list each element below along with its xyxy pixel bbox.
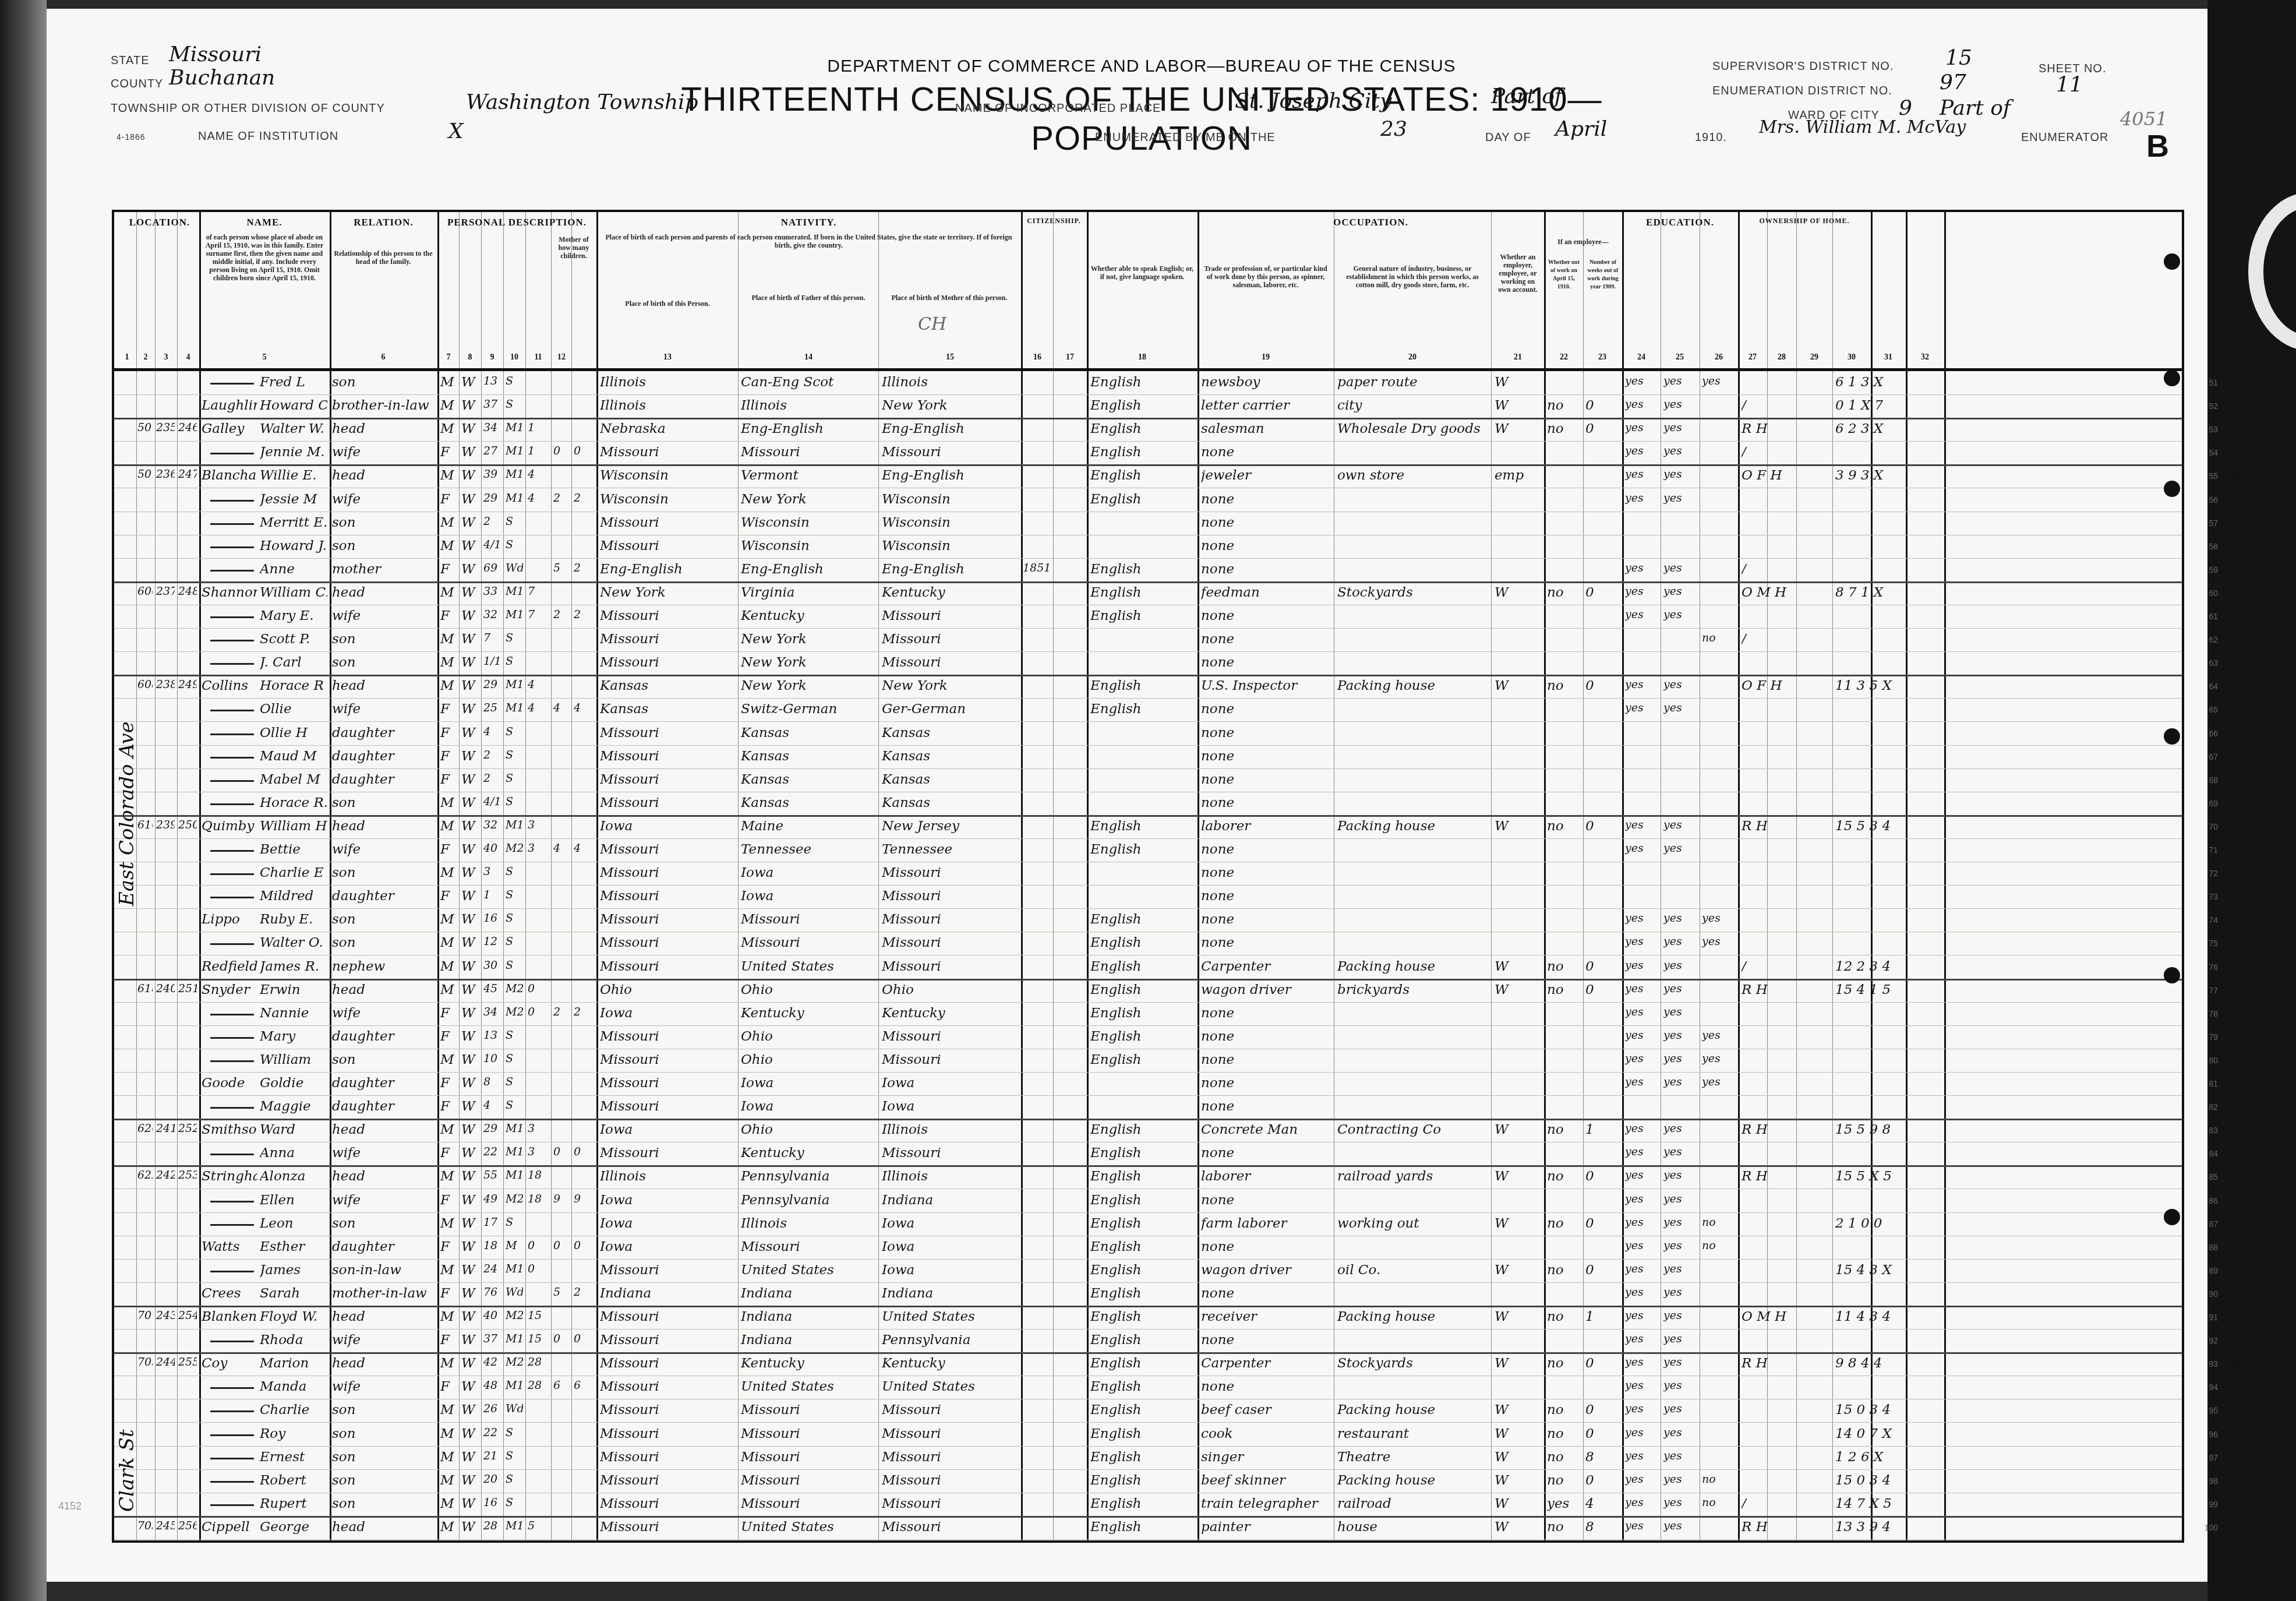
cell-marital: M2 — [506, 982, 523, 995]
cell-father-birth: Missouri — [741, 935, 876, 950]
cell-father-birth: Indiana — [741, 1309, 876, 1324]
cell-birth: Iowa — [600, 1006, 736, 1021]
cell-born: 4 — [553, 842, 569, 855]
line-number: 72 — [2209, 869, 2218, 878]
table-row: 622242253StringhamAlonzaheadMW55M118Illi… — [114, 1166, 2182, 1189]
cell-mother-birth: Missouri — [882, 865, 1019, 880]
ditto-dash — [210, 546, 254, 548]
cell-years-married: 18 — [528, 1193, 549, 1205]
ditto-dash — [210, 383, 254, 385]
cell-mother-birth: Missouri — [882, 935, 1019, 950]
cell-father-birth: Virginia — [741, 585, 876, 600]
cell-relation: head — [332, 1356, 435, 1371]
cell-language: English — [1090, 1426, 1195, 1441]
cell-read: yes — [1625, 1286, 1658, 1299]
cell-marital: M1 — [506, 1169, 523, 1182]
ditto-dash — [210, 523, 254, 525]
cell-emp: W — [1495, 678, 1542, 693]
cell-write: yes — [1663, 959, 1697, 972]
ditto-dash — [210, 1060, 254, 1062]
column-number: 9 — [486, 353, 498, 362]
cell-own: / — [1742, 445, 1830, 460]
cell-out: no — [1547, 1216, 1581, 1231]
cell-birth: Ohio — [600, 982, 736, 997]
enumerated-month: April — [1555, 117, 1607, 141]
cell-age: 42 — [483, 1356, 501, 1369]
table-row: 620241252SmithsonWardheadMW29M13IowaOhio… — [114, 1120, 2182, 1142]
table-row: MildreddaughterFW1SMissouriIowaMissourin… — [114, 886, 2182, 909]
cell-mother-birth: Wisconsin — [882, 492, 1019, 507]
cell-birth: Missouri — [600, 1075, 736, 1091]
cell-mother-birth: Missouri — [882, 959, 1019, 974]
cell-birth: Missouri — [600, 749, 736, 764]
cell-trade: jeweler — [1201, 468, 1331, 483]
cell-sex: M — [440, 468, 457, 483]
cell-language: English — [1090, 421, 1195, 436]
cell-age: 22 — [483, 1145, 501, 1158]
cell-trade: none — [1201, 772, 1331, 787]
cell-birth: Wisconsin — [600, 492, 736, 507]
cell-race: W — [461, 398, 479, 413]
cell-codes: 6 1 3 X — [1835, 375, 1942, 390]
department-heading: DEPARTMENT OF COMMERCE AND LABOR—BUREAU … — [676, 57, 1608, 76]
cell-given: Fred L — [260, 375, 327, 390]
enumerated-day: 23 — [1380, 117, 1407, 141]
cell-codes: 8 7 1 X — [1835, 585, 1942, 600]
cell-marital: S — [506, 1052, 523, 1065]
cell-trade: train telegrapher — [1201, 1496, 1331, 1511]
line-number: 82 — [2209, 1102, 2218, 1112]
enumeration-district-label: ENUMERATION DISTRICT NO. — [1712, 84, 1892, 98]
cell-father-birth: Missouri — [741, 445, 876, 460]
cell-industry: railroad yards — [1337, 1169, 1489, 1184]
cell-race: W — [461, 749, 479, 764]
line-number: 62 — [2209, 635, 2218, 644]
check-mark-icon: ✓ — [2231, 1120, 2246, 1140]
ditto-dash — [210, 1410, 254, 1412]
cell-marital: M2 — [506, 1356, 523, 1369]
cell-father-birth: Can-Eng Scot — [741, 375, 876, 390]
cell-relation: mother — [332, 562, 435, 577]
cell-mother-birth: Missouri — [882, 1145, 1019, 1161]
cell-mother-birth: Missouri — [882, 1029, 1019, 1044]
cell-house: 610 — [137, 819, 153, 831]
cell-read: yes — [1625, 1052, 1658, 1065]
cell-trade: newsboy — [1201, 375, 1331, 390]
cell-school: yes — [1702, 1029, 1736, 1042]
cell-read: yes — [1625, 842, 1658, 855]
check-mark-icon: ✓ — [2231, 1470, 2246, 1491]
cell-mother-birth: Missouri — [882, 1052, 1019, 1067]
line-number: 69 — [2209, 799, 2218, 808]
cell-given: William — [260, 1052, 327, 1067]
cell-dwelling: 240 — [156, 982, 175, 995]
cell-race: W — [461, 1052, 479, 1067]
cell-trade: none — [1201, 865, 1331, 880]
cell-out: no — [1547, 982, 1581, 997]
column-number: 23 — [1596, 353, 1608, 362]
film-marker — [2248, 192, 2296, 351]
column-number: 10 — [508, 353, 520, 362]
cell-marital: M1 — [506, 1332, 523, 1345]
cell-surname: Galley — [202, 421, 257, 436]
line-number: 88 — [2209, 1243, 2218, 1252]
cell-write: yes — [1663, 1332, 1697, 1345]
cell-own: O F H — [1742, 678, 1830, 693]
cell-marital: M2 — [506, 1309, 523, 1322]
cell-read: yes — [1625, 1193, 1658, 1205]
group-education: EDUCATION. — [1622, 217, 1738, 228]
cell-trade: none — [1201, 562, 1331, 577]
cell-emp: W — [1495, 1216, 1542, 1231]
cell-sex: M — [440, 959, 457, 974]
cell-codes: 6 2 3 X — [1835, 421, 1942, 436]
cell-race: W — [461, 1473, 479, 1488]
cell-age: 55 — [483, 1169, 501, 1182]
cell-sex: F — [440, 492, 457, 507]
cell-given: William H — [260, 819, 327, 834]
cell-emp: W — [1495, 1402, 1542, 1417]
cell-race: W — [461, 1029, 479, 1044]
enumeration-district-value: 97 — [1940, 70, 1966, 94]
cell-given: Horace R — [260, 678, 327, 693]
cell-father-birth: Ohio — [741, 1052, 876, 1067]
cell-years-married: 5 — [528, 1519, 549, 1532]
cell-given: Anne — [260, 562, 327, 577]
cell-read: yes — [1625, 912, 1658, 925]
cell-marital: S — [506, 725, 523, 738]
cell-trade: none — [1201, 1052, 1331, 1067]
cell-living: 4 — [574, 701, 594, 714]
ward-value: 9 — [1899, 96, 1912, 120]
stamp-number: 4051 — [2120, 108, 2167, 130]
cell-marital: S — [506, 398, 523, 411]
cell-write: yes — [1663, 468, 1697, 481]
cell-marital: M1 — [506, 1122, 523, 1135]
cell-trade: none — [1201, 1239, 1331, 1254]
cell-mother-birth: Iowa — [882, 1216, 1019, 1231]
table-row: Merritt E.sonMW2SMissouriWisconsinWiscon… — [114, 513, 2182, 535]
column-number: 22 — [1558, 353, 1570, 362]
check-mark-icon: ✓ — [2231, 372, 2246, 393]
cell-race: W — [461, 1450, 479, 1465]
cell-read: yes — [1625, 1379, 1658, 1392]
cell-birth: Missouri — [600, 632, 736, 647]
cell-relation: wife — [332, 445, 435, 460]
cell-trade: salesman — [1201, 421, 1331, 436]
line-number: 58 — [2209, 542, 2218, 551]
cell-read: yes — [1625, 468, 1658, 481]
cell-mother-birth: Missouri — [882, 1450, 1019, 1465]
cell-father-birth: Wisconsin — [741, 538, 876, 553]
header-divider — [114, 368, 2182, 371]
cell-relation: head — [332, 585, 435, 600]
cell-emp: emp — [1495, 468, 1542, 483]
cell-father-birth: Iowa — [741, 865, 876, 880]
cell-relation: wife — [332, 1332, 435, 1348]
cell-father-birth: Missouri — [741, 1402, 876, 1417]
cell-read: yes — [1625, 1496, 1658, 1509]
cell-birth: Missouri — [600, 608, 736, 623]
line-number: 56 — [2209, 495, 2218, 505]
cell-birth: Wisconsin — [600, 468, 736, 483]
cell-age: 34 — [483, 421, 501, 434]
cell-given: Bettie — [260, 842, 327, 857]
table-row: Charlie EsonMW3SMissouriIowaMissourinone… — [114, 863, 2182, 886]
cell-mother-birth: Missouri — [882, 888, 1019, 904]
enumerator-label: ENUMERATOR — [2021, 131, 2108, 144]
cell-age: 2 — [483, 515, 501, 528]
cell-years-married: 4 — [528, 492, 549, 505]
cell-race: W — [461, 468, 479, 483]
cell-given: Ollie H — [260, 725, 327, 740]
cell-language: English — [1090, 1239, 1195, 1254]
cell-sex: M — [440, 1450, 457, 1465]
table-row: MandawifeFW48M12866MissouriUnited States… — [114, 1377, 2182, 1399]
cell-out: no — [1547, 421, 1581, 436]
cell-read: yes — [1625, 1356, 1658, 1369]
cell-write: yes — [1663, 982, 1697, 995]
cell-marital: M1 — [506, 701, 523, 714]
cell-born: 2 — [553, 608, 569, 621]
cell-mother-birth: New York — [882, 398, 1019, 413]
cell-given: Mary E. — [260, 608, 327, 623]
cell-codes: 14 7 X 5 — [1835, 1496, 1942, 1511]
cell-birth: Nebraska — [600, 421, 736, 436]
cell-trade: none — [1201, 655, 1331, 670]
cell-race: W — [461, 1379, 479, 1394]
table-row: 501236247BlanchardWillie E.headMW39M14Wi… — [114, 466, 2182, 488]
column-number: 16 — [1032, 353, 1043, 362]
cell-age: 4/12 — [483, 538, 501, 551]
cell-relation: son — [332, 375, 435, 390]
cell-codes: 0 1 X 7 — [1835, 398, 1942, 413]
line-number: 81 — [2209, 1079, 2218, 1088]
table-row: CreesSarahmother-in-lawFW76Wd52IndianaIn… — [114, 1283, 2182, 1307]
cell-trade: none — [1201, 1145, 1331, 1161]
cell-read: yes — [1625, 1075, 1658, 1088]
cell-own: R H — [1742, 421, 1830, 436]
check-mark-icon: ✓ — [2231, 1517, 2246, 1537]
cell-sex: F — [440, 701, 457, 717]
cell-father-birth: Tennessee — [741, 842, 876, 857]
cell-trade: none — [1201, 1379, 1331, 1394]
cell-weeks: 8 — [1585, 1519, 1620, 1535]
cell-living: 0 — [574, 1145, 594, 1158]
cell-industry: Packing house — [1337, 1309, 1489, 1324]
table-row: Jennie M.wifeFW27M1100MissouriMissouriMi… — [114, 442, 2182, 466]
cell-mother-birth: Kentucky — [882, 1356, 1019, 1371]
cell-school: yes — [1702, 1052, 1736, 1065]
cell-surname: Stringham — [202, 1169, 257, 1184]
line-number: 92 — [2209, 1336, 2218, 1345]
cell-father-birth: United States — [741, 1379, 876, 1394]
cell-surname: Redfield — [202, 959, 257, 974]
cell-read: yes — [1625, 562, 1658, 574]
cell-read: yes — [1625, 1450, 1658, 1462]
check-mark-icon: ✓ — [2231, 1494, 2246, 1514]
cell-age: 40 — [483, 1309, 501, 1322]
cell-given: Marion — [260, 1356, 327, 1371]
cell-birth: Kansas — [600, 701, 736, 717]
cell-write: yes — [1663, 1263, 1697, 1275]
cell-father-birth: Pennsylvania — [741, 1193, 876, 1208]
cell-given: Willie E. — [260, 468, 327, 483]
cell-sex: M — [440, 1402, 457, 1417]
cell-dwelling: 238 — [156, 678, 175, 691]
cell-race: W — [461, 795, 479, 810]
cell-race: W — [461, 538, 479, 553]
cell-given: George — [260, 1519, 327, 1535]
cell-own: R H — [1742, 1356, 1830, 1371]
cell-father-birth: Missouri — [741, 1473, 876, 1488]
line-number: 86 — [2209, 1196, 2218, 1205]
cell-given: Floyd W. — [260, 1309, 327, 1324]
cell-trade: wagon driver — [1201, 982, 1331, 997]
punch-hole — [2164, 728, 2180, 745]
cell-race: W — [461, 1402, 479, 1417]
cell-emp: W — [1495, 1496, 1542, 1511]
cell-age: 28 — [483, 1519, 501, 1532]
cell-language: English — [1090, 1216, 1195, 1231]
ditto-dash — [210, 1341, 254, 1342]
cell-school: yes — [1702, 375, 1736, 387]
cell-mother-birth: Illinois — [882, 1169, 1019, 1184]
cell-write: yes — [1663, 1519, 1697, 1532]
cell-birth: Missouri — [600, 1450, 736, 1465]
table-row: 705244255CoyMarionheadMW42M228MissouriKe… — [114, 1353, 2182, 1376]
cell-out: no — [1547, 1426, 1581, 1441]
cell-mother-birth: United States — [882, 1379, 1019, 1394]
cell-read: yes — [1625, 982, 1658, 995]
cell-given: Scott P. — [260, 632, 327, 647]
cell-race: W — [461, 608, 479, 623]
cell-sex: F — [440, 888, 457, 904]
table-row: RupertsonMW16SMissouriMissouriMissouriEn… — [114, 1494, 2182, 1518]
column-number: 8 — [464, 353, 476, 362]
cell-marital: S — [506, 865, 523, 878]
line-number: 85 — [2209, 1172, 2218, 1182]
cell-school: yes — [1702, 912, 1736, 925]
cell-dwelling: 241 — [156, 1122, 175, 1135]
cell-codes: 15 4 3 X — [1835, 1263, 1942, 1278]
cell-weeks: 1 — [1585, 1122, 1620, 1137]
cell-mother-birth: Wisconsin — [882, 538, 1019, 553]
table-row: WilliamsonMW10SMissouriOhioMissouriEngli… — [114, 1050, 2182, 1073]
cell-years-married: 28 — [528, 1379, 549, 1392]
cell-birth: Iowa — [600, 819, 736, 834]
cell-marital: M1 — [506, 608, 523, 621]
line-number: 68 — [2209, 775, 2218, 785]
cell-codes: 15 0 3 4 — [1835, 1402, 1942, 1417]
cell-birth: Missouri — [600, 1099, 736, 1114]
cell-dwelling: 237 — [156, 585, 175, 598]
cell-surname: Cippell — [202, 1519, 257, 1535]
cell-living: 0 — [574, 1239, 594, 1252]
cell-relation: son-in-law — [332, 1263, 435, 1278]
cell-father-birth: Ohio — [741, 1122, 876, 1137]
cell-read: yes — [1625, 1263, 1658, 1275]
cell-codes: 15 4 1 5 — [1835, 982, 1942, 997]
cell-given: James R. — [260, 959, 327, 974]
cell-race: W — [461, 772, 479, 787]
cell-write: yes — [1663, 1450, 1697, 1462]
cell-age: 39 — [483, 468, 501, 481]
cell-mother-birth: Missouri — [882, 655, 1019, 670]
cell-codes: 14 0 7 X — [1835, 1426, 1942, 1441]
line-number: 77 — [2209, 986, 2218, 995]
check-mark-icon: ✓ — [2231, 816, 2246, 837]
cell-language: English — [1090, 1145, 1195, 1161]
cell-given: Roy — [260, 1426, 327, 1441]
cell-trade: laborer — [1201, 819, 1331, 834]
cell-age: 10 — [483, 1052, 501, 1065]
cell-relation: nephew — [332, 959, 435, 974]
cell-birth: Missouri — [600, 912, 736, 927]
cell-born: 2 — [553, 1006, 569, 1018]
cell-write: yes — [1663, 819, 1697, 831]
cell-language: English — [1090, 468, 1195, 483]
cell-marital: S — [506, 1216, 523, 1229]
cell-father-birth: Iowa — [741, 1099, 876, 1114]
cell-given: Maggie — [260, 1099, 327, 1114]
cell-born: 6 — [553, 1379, 569, 1392]
cell-out: no — [1547, 1169, 1581, 1184]
ditto-dash — [210, 1271, 254, 1272]
cell-trade: singer — [1201, 1450, 1331, 1465]
column-number: 19 — [1260, 353, 1271, 362]
cell-age: 24 — [483, 1263, 501, 1275]
cell-relation: son — [332, 935, 435, 950]
cell-surname: Snyder — [202, 982, 257, 997]
column-number: 5 — [259, 353, 270, 362]
cell-given: Esther — [260, 1239, 327, 1254]
cell-weeks: 0 — [1585, 421, 1620, 436]
cell-weeks: 0 — [1585, 678, 1620, 693]
cell-mother-birth: Iowa — [882, 1263, 1019, 1278]
cell-birth: Missouri — [600, 1052, 736, 1067]
line-number: 74 — [2209, 915, 2218, 925]
cell-industry: Contracting Co — [1337, 1122, 1489, 1137]
cell-marital: S — [506, 1099, 523, 1112]
cell-sex: M — [440, 935, 457, 950]
ditto-dash — [210, 640, 254, 641]
cell-age: 26 — [483, 1402, 501, 1415]
column-number: 29 — [1808, 353, 1820, 362]
cell-mother-birth: Kansas — [882, 795, 1019, 810]
cell-read: yes — [1625, 819, 1658, 831]
cell-given: Ernest — [260, 1450, 327, 1465]
cell-relation: head — [332, 1309, 435, 1324]
table-row: Ollie HdaughterFW4SMissouriKansasKansasn… — [114, 723, 2182, 746]
cell-relation: wife — [332, 1193, 435, 1208]
cell-born: 9 — [553, 1193, 569, 1205]
cell-write: yes — [1663, 935, 1697, 948]
cell-out: no — [1547, 1263, 1581, 1278]
ditto-dash — [210, 803, 254, 805]
cell-born: 4 — [553, 701, 569, 714]
cell-marital: S — [506, 772, 523, 785]
cell-given: Erwin — [260, 982, 327, 997]
cell-mother-birth: Iowa — [882, 1075, 1019, 1091]
cell-relation: head — [332, 1122, 435, 1137]
ditto-dash — [210, 1387, 254, 1389]
cell-mother-birth: Pennsylvania — [882, 1332, 1019, 1348]
cell-race: W — [461, 1216, 479, 1231]
cell-family: 252 — [178, 1122, 197, 1135]
cell-birth: Missouri — [600, 1356, 736, 1371]
cell-trade: farm laborer — [1201, 1216, 1331, 1231]
